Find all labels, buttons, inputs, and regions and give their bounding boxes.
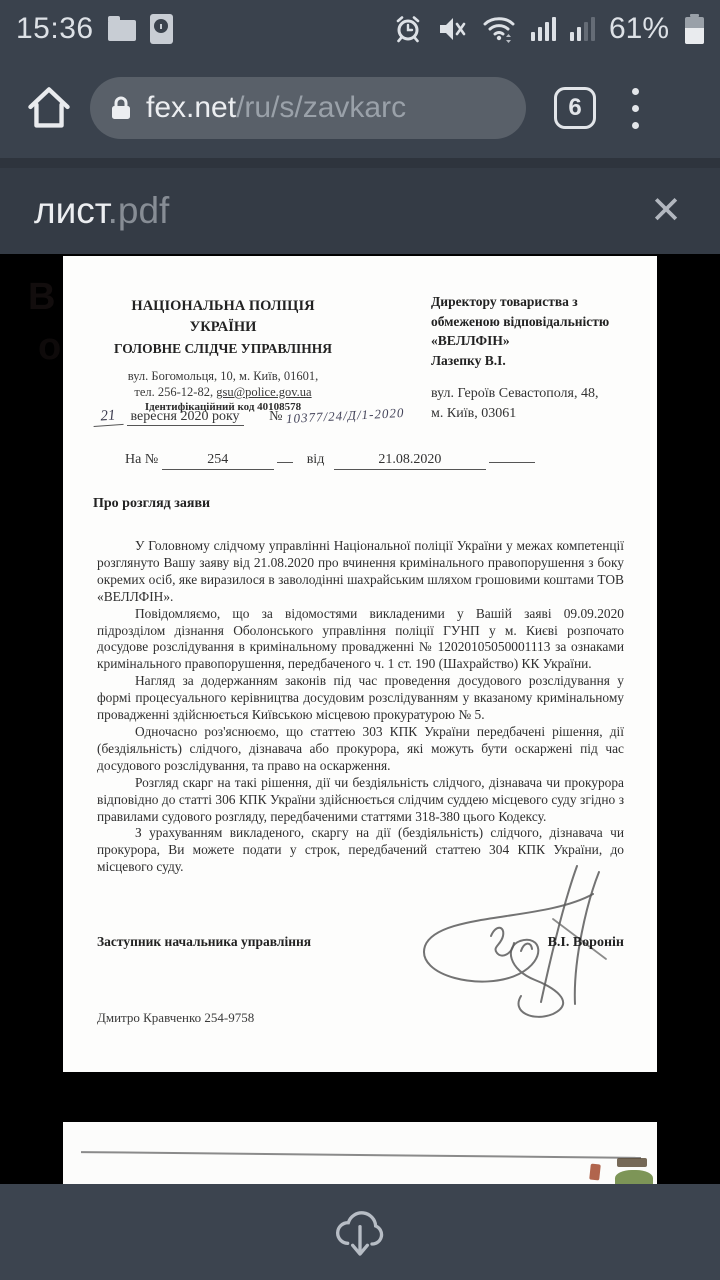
stamp-fragment-red bbox=[589, 1164, 601, 1181]
menu-dot bbox=[632, 88, 639, 95]
home-icon bbox=[25, 84, 73, 132]
recipient-line2: обмеженою відповідальністю bbox=[431, 312, 646, 332]
url-text: fex.net/ru/s/zavkarc bbox=[146, 91, 406, 125]
org-email-link: gsu@police.gov.ua bbox=[216, 385, 311, 399]
toolbar-separator bbox=[0, 158, 720, 168]
folder-notification-icon bbox=[108, 20, 136, 41]
close-icon[interactable]: ✕ bbox=[646, 188, 686, 234]
ref-label: На № bbox=[125, 452, 158, 467]
url-path: /ru/s/zavkarc bbox=[236, 91, 406, 124]
lock-icon bbox=[110, 95, 132, 121]
background-ghost-text: В bbox=[28, 276, 55, 319]
wifi-icon bbox=[481, 14, 517, 44]
doc-number-label: № bbox=[269, 409, 282, 424]
letterhead-org-block: НАЦІОНАЛЬНА ПОЛІЦІЯ УКРАЇНИ ГОЛОВНЕ СЛІД… bbox=[93, 296, 353, 413]
org-name-line2: УКРАЇНИ bbox=[93, 317, 353, 338]
clock-time: 15:36 bbox=[16, 12, 94, 46]
recipient-line1: Директору товариства з bbox=[431, 292, 646, 312]
ref-underline-gap bbox=[277, 461, 293, 463]
overflow-menu-button[interactable] bbox=[626, 82, 645, 135]
signature-row: Заступник начальника управління В.І. Вор… bbox=[97, 934, 624, 951]
paragraph: Нагляд за додержанням законів під час пр… bbox=[97, 673, 624, 724]
tab-count: 6 bbox=[568, 94, 581, 122]
org-phone-email: тел. 256-12-82, gsu@police.gov.ua bbox=[93, 384, 353, 400]
background-ghost-text: о bbox=[38, 326, 61, 369]
home-button[interactable] bbox=[22, 81, 76, 135]
org-address: вул. Богомольця, 10, м. Київ, 01601, bbox=[93, 368, 353, 384]
pdf-file-extension: .pdf bbox=[108, 190, 170, 231]
recipient-address: вул. Героїв Севастополя, 48, м. Київ, 03… bbox=[431, 384, 646, 424]
handwritten-day: 21 bbox=[92, 407, 123, 427]
tab-switcher-button[interactable]: 6 bbox=[554, 87, 596, 129]
org-department: ГОЛОВНЕ СЛІДЧЕ УПРАВЛІННЯ bbox=[93, 338, 353, 359]
recipient-address-line1: вул. Героїв Севастополя, 48, bbox=[431, 384, 646, 404]
recipient-line3: «ВЕЛЛФІН» bbox=[431, 331, 646, 351]
date-line: 21 вересня 2020 року № 10377/24/Д/1-2020 bbox=[93, 408, 404, 426]
recipient-block: Директору товариства з обмеженою відпові… bbox=[431, 292, 646, 424]
signer-position: Заступник начальника управління bbox=[97, 934, 311, 950]
menu-dot bbox=[632, 122, 639, 129]
browser-toolbar: fex.net/ru/s/zavkarc 6 bbox=[0, 58, 720, 158]
status-bar: 15:36 bbox=[0, 0, 720, 58]
recipient-address-line2: м. Київ, 03061 bbox=[431, 404, 646, 424]
pdf-page-1: НАЦІОНАЛЬНА ПОЛІЦІЯ УКРАЇНИ ГОЛОВНЕ СЛІД… bbox=[63, 256, 657, 1072]
screenshot-notification-icon bbox=[150, 14, 173, 44]
alarm-icon bbox=[393, 14, 423, 44]
battery-percent: 61% bbox=[609, 12, 669, 46]
paragraph: Повідомляємо, що за відомостями викладен… bbox=[97, 606, 624, 674]
subject-line: Про розгляд заяви bbox=[93, 496, 210, 512]
signal-bars-sim2 bbox=[570, 17, 595, 41]
ref-from-label: від bbox=[307, 452, 325, 467]
scan-line-artifact bbox=[81, 1151, 641, 1159]
paragraph: Розгляд скарг на такі рішення, дії чи бе… bbox=[97, 775, 624, 826]
url-host: fex.net bbox=[146, 91, 236, 124]
pdf-content-area[interactable]: В о НАЦІОНАЛЬНА ПОЛІЦІЯ УКРАЇНИ ГОЛОВНЕ … bbox=[0, 254, 720, 1280]
handwritten-doc-number: 10377/24/Д/1-2020 bbox=[286, 405, 405, 427]
signer-name: В.І. Воронін bbox=[548, 935, 624, 951]
executor-contact: Дмитро Кравченко 254-9758 bbox=[97, 1010, 254, 1026]
date-month-year: вересня 2020 року bbox=[127, 409, 244, 426]
battery-icon bbox=[685, 14, 704, 44]
recipient-line4: Лазепку В.І. bbox=[431, 351, 646, 371]
pdf-file-title: лист.pdf bbox=[34, 190, 169, 232]
mute-icon bbox=[437, 14, 467, 44]
address-bar[interactable]: fex.net/ru/s/zavkarc bbox=[90, 77, 526, 139]
ref-number: 254 bbox=[162, 452, 274, 470]
menu-dot bbox=[632, 105, 639, 112]
signal-bars-sim1 bbox=[531, 17, 556, 41]
phone-screen: 15:36 bbox=[0, 0, 720, 1280]
pdf-file-basename: лист bbox=[34, 190, 108, 231]
reference-line: На № 254 від 21.08.2020 bbox=[125, 452, 535, 470]
paragraph: Одночасно роз'яснюємо, що статтею 303 КП… bbox=[97, 724, 624, 775]
letter-body: У Головному слідчому управлінні Націонал… bbox=[97, 538, 624, 876]
org-phone: тел. 256-12-82, bbox=[134, 385, 216, 399]
ref-date: 21.08.2020 bbox=[334, 452, 486, 470]
pdf-viewer-header: лист.pdf ✕ bbox=[0, 168, 720, 254]
ref-underline-tail bbox=[489, 461, 535, 463]
bottom-action-bar bbox=[0, 1184, 720, 1280]
stamp-fragment-dark bbox=[617, 1158, 647, 1167]
org-name-line1: НАЦІОНАЛЬНА ПОЛІЦІЯ bbox=[93, 296, 353, 317]
download-button[interactable] bbox=[328, 1200, 392, 1264]
paragraph: У Головному слідчому управлінні Націонал… bbox=[97, 538, 624, 606]
